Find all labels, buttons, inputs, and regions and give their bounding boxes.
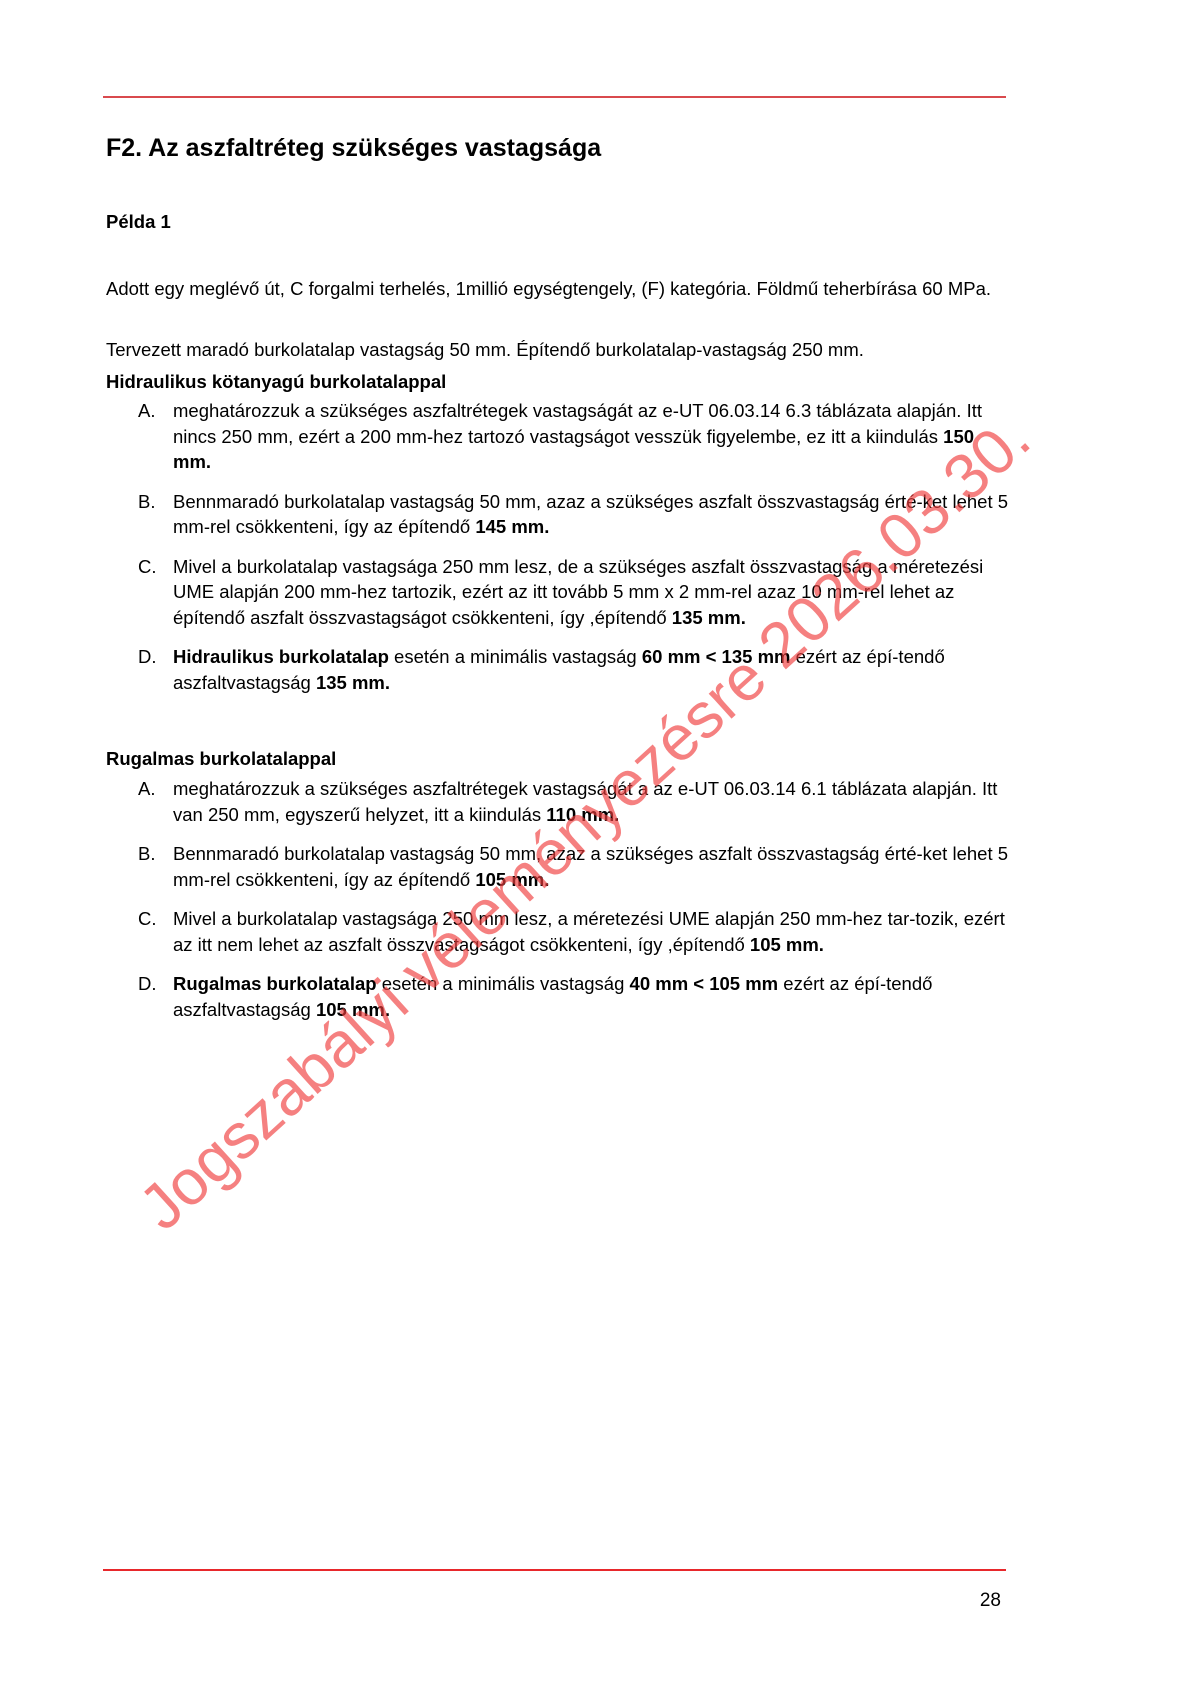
bold-text: 135 mm. [316, 672, 390, 693]
section-heading-flexible: Rugalmas burkolatalappal [106, 748, 336, 770]
list-marker: A. [138, 776, 155, 802]
intro-paragraph-1: Adott egy meglévő út, C forgalmi terhelé… [106, 276, 1006, 302]
bold-text: 60 mm < 135 mm [642, 646, 791, 667]
page-title: F2. Az aszfaltréteg szükséges vastagsága [106, 134, 601, 163]
list-item: D.Rugalmas burkolatalap esetén a minimál… [138, 971, 1008, 1022]
header-rule [103, 96, 1006, 98]
list-item: B.Bennmaradó burkolatalap vastagság 50 m… [138, 489, 1008, 540]
bold-text: Hidraulikus burkolatalap [173, 646, 389, 667]
list-item: B.Bennmaradó burkolatalap vastagság 50 m… [138, 841, 1008, 892]
text: esetén a minimális vastagság [389, 646, 642, 667]
bold-text: Rugalmas burkolatalap [173, 973, 377, 994]
list-item: A.meghatározzuk a szükséges aszfaltréteg… [138, 776, 1008, 827]
list-item: D.Hidraulikus burkolatalap esetén a mini… [138, 644, 1008, 695]
footer-rule [103, 1569, 1006, 1571]
list-item: C.Mivel a burkolatalap vastagsága 250 mm… [138, 906, 1008, 957]
page-number: 28 [980, 1590, 1001, 1612]
example-heading: Példa 1 [106, 211, 171, 233]
bold-text: 105 mm. [316, 999, 390, 1020]
list-marker: D. [138, 971, 157, 997]
bold-text: 105 mm. [750, 934, 824, 955]
bold-text: 110 mm. [546, 804, 619, 825]
list-marker: A. [138, 398, 155, 424]
section-heading-hydraulic: Hidraulikus kötanyagú burkolatalappal [106, 371, 446, 393]
bold-text: 135 mm. [672, 607, 746, 628]
bold-text: 40 mm < 105 mm [630, 973, 779, 994]
list-marker: C. [138, 554, 157, 580]
text: Mivel a burkolatalap vastagsága 250 mm l… [173, 908, 1005, 955]
hydraulic-steps-list: A.meghatározzuk a szükséges aszfaltréteg… [138, 398, 1008, 709]
list-marker: C. [138, 906, 157, 932]
list-marker: B. [138, 489, 155, 515]
list-item: A.meghatározzuk a szükséges aszfaltréteg… [138, 398, 1008, 475]
intro-paragraph-2: Tervezett maradó burkolatalap vastagság … [106, 337, 1006, 363]
text: esetén a minimális vastagság [377, 973, 630, 994]
list-marker: B. [138, 841, 155, 867]
text: Bennmaradó burkolatalap vastagság 50 mm,… [173, 491, 1008, 538]
flexible-steps-list: A.meghatározzuk a szükséges aszfaltréteg… [138, 776, 1008, 1036]
text: Bennmaradó burkolatalap vastagság 50 mm,… [173, 843, 1008, 890]
bold-text: 145 mm. [475, 516, 549, 537]
list-item: C.Mivel a burkolatalap vastagsága 250 mm… [138, 554, 1008, 631]
text: meghatározzuk a szükséges aszfaltrétegek… [173, 400, 982, 447]
text: Mivel a burkolatalap vastagsága 250 mm l… [173, 556, 983, 628]
bold-text: 105 mm. [475, 869, 549, 890]
list-marker: D. [138, 644, 157, 670]
